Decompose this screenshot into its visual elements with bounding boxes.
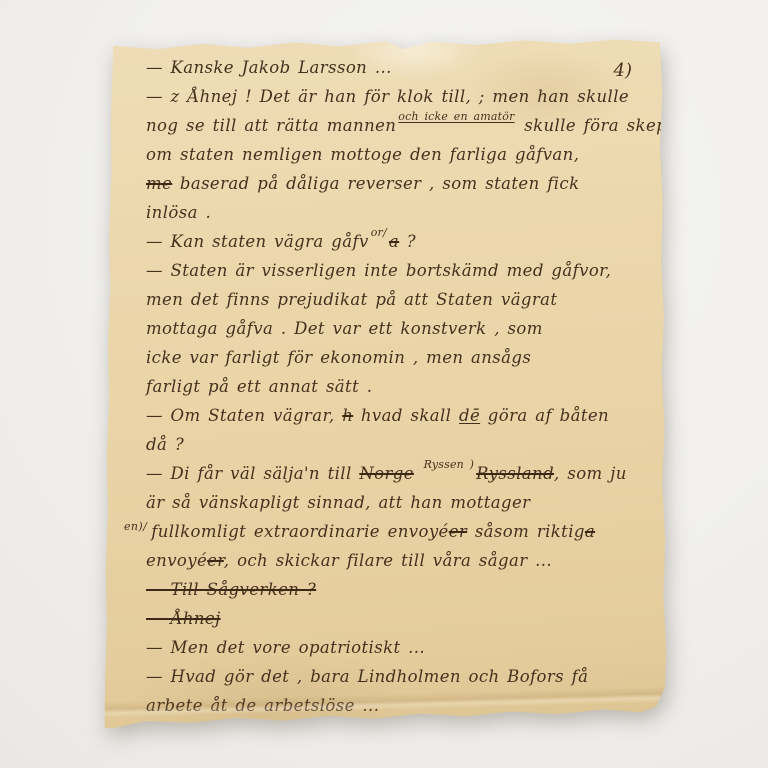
manuscript-line: men det finns prejudikat på att Staten v… bbox=[146, 285, 646, 314]
strikethrough-text: a bbox=[585, 522, 595, 541]
text-segment: då ? bbox=[146, 435, 184, 454]
manuscript-line: — Till Sågverken ? bbox=[146, 575, 646, 604]
manuscript-line: envoyéer, och skickar filare till våra s… bbox=[146, 546, 646, 575]
text-segment: icke var farligt för ekonomin , men anså… bbox=[146, 348, 531, 367]
text-segment: — Hvad gör det , bara Lindholmen och Bof… bbox=[146, 667, 588, 686]
manuscript-line: me baserad på dåliga reverser , som stat… bbox=[146, 169, 646, 198]
text-segment: — Om Staten vägrar, bbox=[146, 406, 342, 425]
text-segment: farligt på ett annat sätt . bbox=[146, 377, 372, 396]
text-segment: om staten nemligen mottoge den farliga g… bbox=[146, 145, 579, 164]
manuscript-line: inlösa . bbox=[146, 198, 646, 227]
text-segment: hvad skall bbox=[353, 406, 459, 425]
manuscript-line: — Staten är visserligen inte bortskämd m… bbox=[146, 256, 646, 285]
text-segment: — z Åhnej ! Det är han för klok till, ; … bbox=[146, 87, 629, 106]
text-segment: mottaga gåfva . Det var ett konstverk , … bbox=[146, 319, 543, 338]
text-segment: — Di får väl sälja'n till bbox=[146, 464, 359, 483]
strikethrough-text: a bbox=[389, 232, 399, 251]
manuscript-text-block: — Kanske Jakob Larsson ...— z Åhnej ! De… bbox=[146, 53, 646, 720]
manuscript-line: mottaga gåfva . Det var ett konstverk , … bbox=[146, 314, 646, 343]
manuscript-line: — Kanske Jakob Larsson ... bbox=[146, 53, 646, 82]
manuscript-line: en)/fullkomligt extraordinarie envoyéer … bbox=[146, 517, 646, 546]
strikethrough-text: Ryssland bbox=[476, 464, 554, 483]
manuscript-line: icke var farligt för ekonomin , men anså… bbox=[146, 343, 646, 372]
manuscript-line: är så vänskapligt sinnad, att han mottag… bbox=[146, 488, 646, 517]
manuscript-line: farligt på ett annat sätt . bbox=[146, 372, 646, 401]
text-segment: — Men det vore opatriotiskt ... bbox=[146, 638, 425, 657]
text-segment: fullkomligt extraordinarie envoyé bbox=[151, 522, 449, 541]
photo-background: 4) — Kanske Jakob Larsson ...— z Åhnej !… bbox=[0, 0, 768, 768]
strikethrough-text: — Åhnej bbox=[146, 609, 221, 628]
text-segment: är så vänskapligt sinnad, att han mottag… bbox=[146, 493, 530, 512]
text-segment: göra af båten bbox=[480, 406, 609, 425]
manuscript-line: — Hvad gör det , bara Lindholmen och Bof… bbox=[146, 662, 646, 691]
text-segment: — Staten är visserligen inte bortskämd m… bbox=[146, 261, 611, 280]
text-segment: — Kanske Jakob Larsson ... bbox=[146, 58, 392, 77]
text-segment: ? bbox=[399, 232, 416, 251]
strikethrough-text: er bbox=[207, 551, 224, 570]
text-segment: , och skickar filare till våra sågar ... bbox=[224, 551, 552, 570]
manuscript-line: då ? bbox=[146, 430, 646, 459]
text-segment: arbete åt de arbetslöse ... bbox=[146, 696, 379, 715]
text-segment: dē bbox=[459, 406, 480, 425]
manuscript-page: 4) — Kanske Jakob Larsson ...— z Åhnej !… bbox=[100, 36, 672, 736]
text-segment: baserad på dåliga reverser , som staten … bbox=[172, 174, 579, 193]
text-segment: — Kan staten vägra gåfv bbox=[146, 232, 369, 251]
text-segment: såsom riktig bbox=[467, 522, 585, 541]
text-segment: inlösa . bbox=[146, 203, 211, 222]
text-segment: nog se till att rätta mannen bbox=[146, 116, 396, 135]
manuscript-line: arbete åt de arbetslöse ... bbox=[146, 691, 646, 720]
manuscript-line: — Om Staten vägrar, h hvad skall dē göra… bbox=[146, 401, 646, 430]
text-segment: envoyé bbox=[146, 551, 207, 570]
manuscript-line: om staten nemligen mottoge den farliga g… bbox=[146, 140, 646, 169]
text-segment bbox=[414, 464, 422, 483]
strikethrough-text: h bbox=[342, 406, 353, 425]
manuscript-line: — Kan staten vägra gåfvor/a ? bbox=[146, 227, 646, 256]
text-segment: , som ju bbox=[554, 464, 627, 483]
manuscript-line: — Åhnej bbox=[146, 604, 646, 633]
text-segment: men det finns prejudikat på att Staten v… bbox=[146, 290, 557, 309]
text-segment: skulle föra skeppet, bbox=[517, 116, 701, 135]
manuscript-line: nog se till att rätta mannenoch icke en … bbox=[146, 111, 646, 140]
strikethrough-text: — Till Sågverken ? bbox=[146, 580, 316, 599]
strikethrough-text: me bbox=[146, 174, 172, 193]
strikethrough-text: er bbox=[449, 522, 467, 541]
manuscript-line: — Di får väl sälja'n till Norge Ryssen )… bbox=[146, 459, 646, 488]
manuscript-line: — Men det vore opatriotiskt ... bbox=[146, 633, 646, 662]
manuscript-page-wrapper: 4) — Kanske Jakob Larsson ...— z Åhnej !… bbox=[100, 36, 672, 736]
manuscript-line: — z Åhnej ! Det är han för klok till, ; … bbox=[146, 82, 646, 111]
strikethrough-text: Norge bbox=[359, 464, 414, 483]
